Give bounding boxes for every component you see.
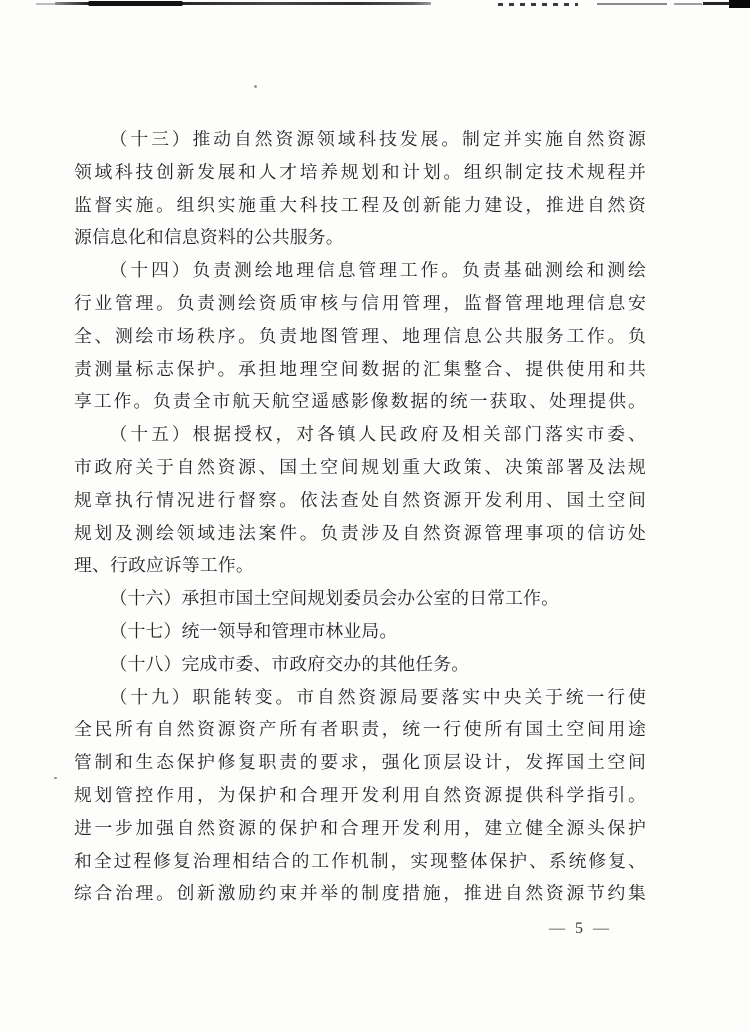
scan-artifact-top-line [55, 2, 431, 5]
text-line: 领域科技创新发展和人才培养规划和计划。组织制定技术规程并 [74, 156, 646, 189]
text-line: （十五）根据授权，对各镇人民政府及相关部门落实市委、 [74, 418, 646, 451]
page-number: — 5 — [549, 920, 612, 938]
scan-artifact-gray-line [597, 3, 667, 5]
scan-speckle [254, 85, 257, 88]
text-line: 管制和生态保护修复职责的要求，强化顶层设计，发挥国土空间 [74, 746, 646, 779]
clause-16: （十六）承担市国土空间规划委员会办公室的日常工作。 [74, 582, 646, 615]
scan-artifact-short-line [674, 3, 702, 5]
text-line: （十七）统一领导和管理市林业局。 [74, 615, 646, 648]
clause-18: （十八）完成市委、市政府交办的其他任务。 [74, 648, 646, 681]
clause-17: （十七）统一领导和管理市林业局。 [74, 615, 646, 648]
text-line: 责测量标志保护。承担地理空间数据的汇集整合、提供使用和共 [74, 353, 646, 386]
text-line: （十四）负责测绘地理信息管理工作。负责基础测绘和测绘 [74, 254, 646, 287]
text-line: 理、行政应诉等工作。 [74, 549, 646, 582]
text-line: 监督实施。组织实施重大科技工程及创新能力建设，推进自然资 [74, 189, 646, 222]
text-line: 行业管理。负责测绘资质审核与信用管理，监督管理地理信息安 [74, 287, 646, 320]
text-line: 全民所有自然资源资产所有者职责，统一行使所有国土空间用途 [74, 713, 646, 746]
text-line: （十八）完成市委、市政府交办的其他任务。 [74, 648, 646, 681]
text-line: 规章执行情况进行督察。依法查处自然资源开发利用、国土空间 [74, 484, 646, 517]
text-line: （十三）推动自然资源领域科技发展。制定并实施自然资源 [74, 123, 646, 156]
scan-artifact-dashed-line [498, 3, 578, 6]
text-line: 市政府关于自然资源、国土空间规划重大政策、决策部署及法规 [74, 451, 646, 484]
clause-15: （十五）根据授权，对各镇人民政府及相关部门落实市委、市政府关于自然资源、国土空间… [74, 418, 646, 582]
text-line: （十六）承担市国土空间规划委员会办公室的日常工作。 [74, 582, 646, 615]
text-line: 和全过程修复治理相结合的工作机制，实现整体保护、系统修复、 [74, 845, 646, 878]
text-line: （十九）职能转变。市自然资源局要落实中央关于统一行使 [74, 681, 646, 714]
clause-14: （十四）负责测绘地理信息管理工作。负责基础测绘和测绘行业管理。负责测绘资质审核与… [74, 254, 646, 418]
text-line: 享工作。负责全市航天航空遥感影像数据的统一获取、处理提供。 [74, 385, 646, 418]
scanned-page: （十三）推动自然资源领域科技发展。制定并实施自然资源领域科技创新发展和人才培养规… [0, 0, 750, 1031]
text-line: 全、测绘市场秩序。负责地图管理、地理信息公共服务工作。负 [74, 320, 646, 353]
text-line: 综合治理。创新激励约束并举的制度措施，推进自然资源节约集 [74, 877, 646, 910]
text-line: 规划管控作用，为保护和合理开发利用自然资源提供科学指引。 [74, 779, 646, 812]
document-body: （十三）推动自然资源领域科技发展。制定并实施自然资源领域科技创新发展和人才培养规… [74, 123, 646, 910]
scan-speckle [54, 777, 57, 779]
text-line: 进一步加强自然资源的保护和合理开发利用，建立健全源头保护 [74, 812, 646, 845]
clause-13: （十三）推动自然资源领域科技发展。制定并实施自然资源领域科技创新发展和人才培养规… [74, 123, 646, 254]
text-line: 规划及测绘领域违法案件。负责涉及自然资源管理事项的信访处 [74, 517, 646, 550]
clause-19: （十九）职能转变。市自然资源局要落实中央关于统一行使全民所有自然资源资产所有者职… [74, 681, 646, 911]
scan-artifact-top-blot [88, 1, 183, 6]
scan-artifact-corner-blob [729, 0, 750, 8]
text-line: 源信息化和信息资料的公共服务。 [74, 221, 646, 254]
scan-artifact-dark-line [703, 2, 748, 5]
scan-artifact-top-faint-dash [36, 3, 56, 5]
